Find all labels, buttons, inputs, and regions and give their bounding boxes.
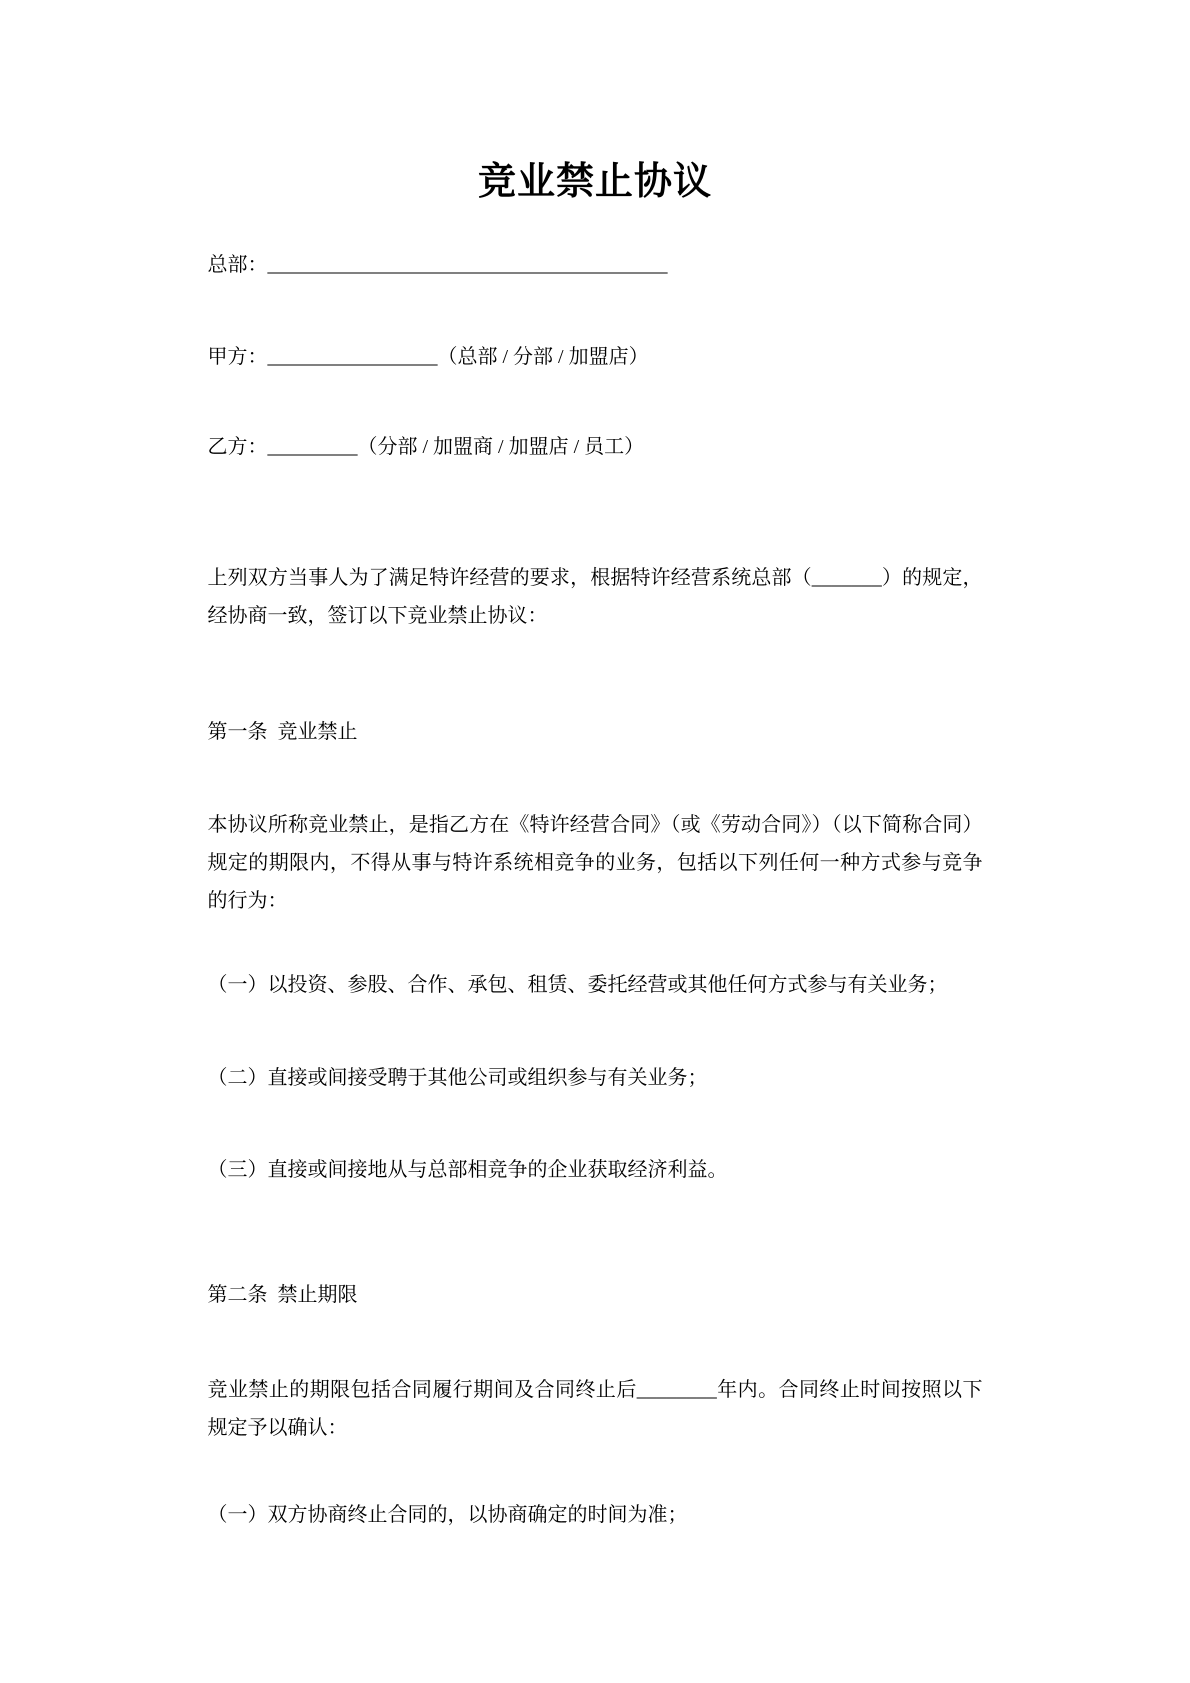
article-1-item-1: （一）以投资、参股、合作、承包、租赁、委托经营或其他任何方式参与有关业务； [208,966,983,1004]
article-2-body: 竞业禁止的期限包括合同履行期间及合同终止后________年内。合同终止时间按照… [208,1371,983,1447]
party-a-field-line: 甲方：_________________（总部 / 分部 / 加盟店） [208,338,983,376]
article-1-heading: 第一条 竞业禁止 [208,713,983,751]
intro-paragraph: 上列双方当事人为了满足特许经营的要求，根据特许经营系统总部（_______）的规… [208,559,983,635]
article-2-heading: 第二条 禁止期限 [208,1276,983,1314]
headquarters-field-line: 总部：_____________________________________… [208,246,983,284]
article-1-item-2: （二）直接或间接受聘于其他公司或组织参与有关业务； [208,1059,983,1097]
document-page: 竞业禁止协议 总部：______________________________… [208,0,983,1534]
article-1-item-3: （三）直接或间接地从与总部相竞争的企业获取经济利益。 [208,1151,983,1189]
document-title: 竞业禁止协议 [208,0,983,206]
article-1-body: 本协议所称竞业禁止，是指乙方在《特许经营合同》（或《劳动合同》）（以下简称合同）… [208,806,983,920]
article-2-item-1: （一）双方协商终止合同的，以协商确定的时间为准； [208,1496,983,1534]
party-b-field-line: 乙方：_________（分部 / 加盟商 / 加盟店 / 员工） [208,428,983,466]
